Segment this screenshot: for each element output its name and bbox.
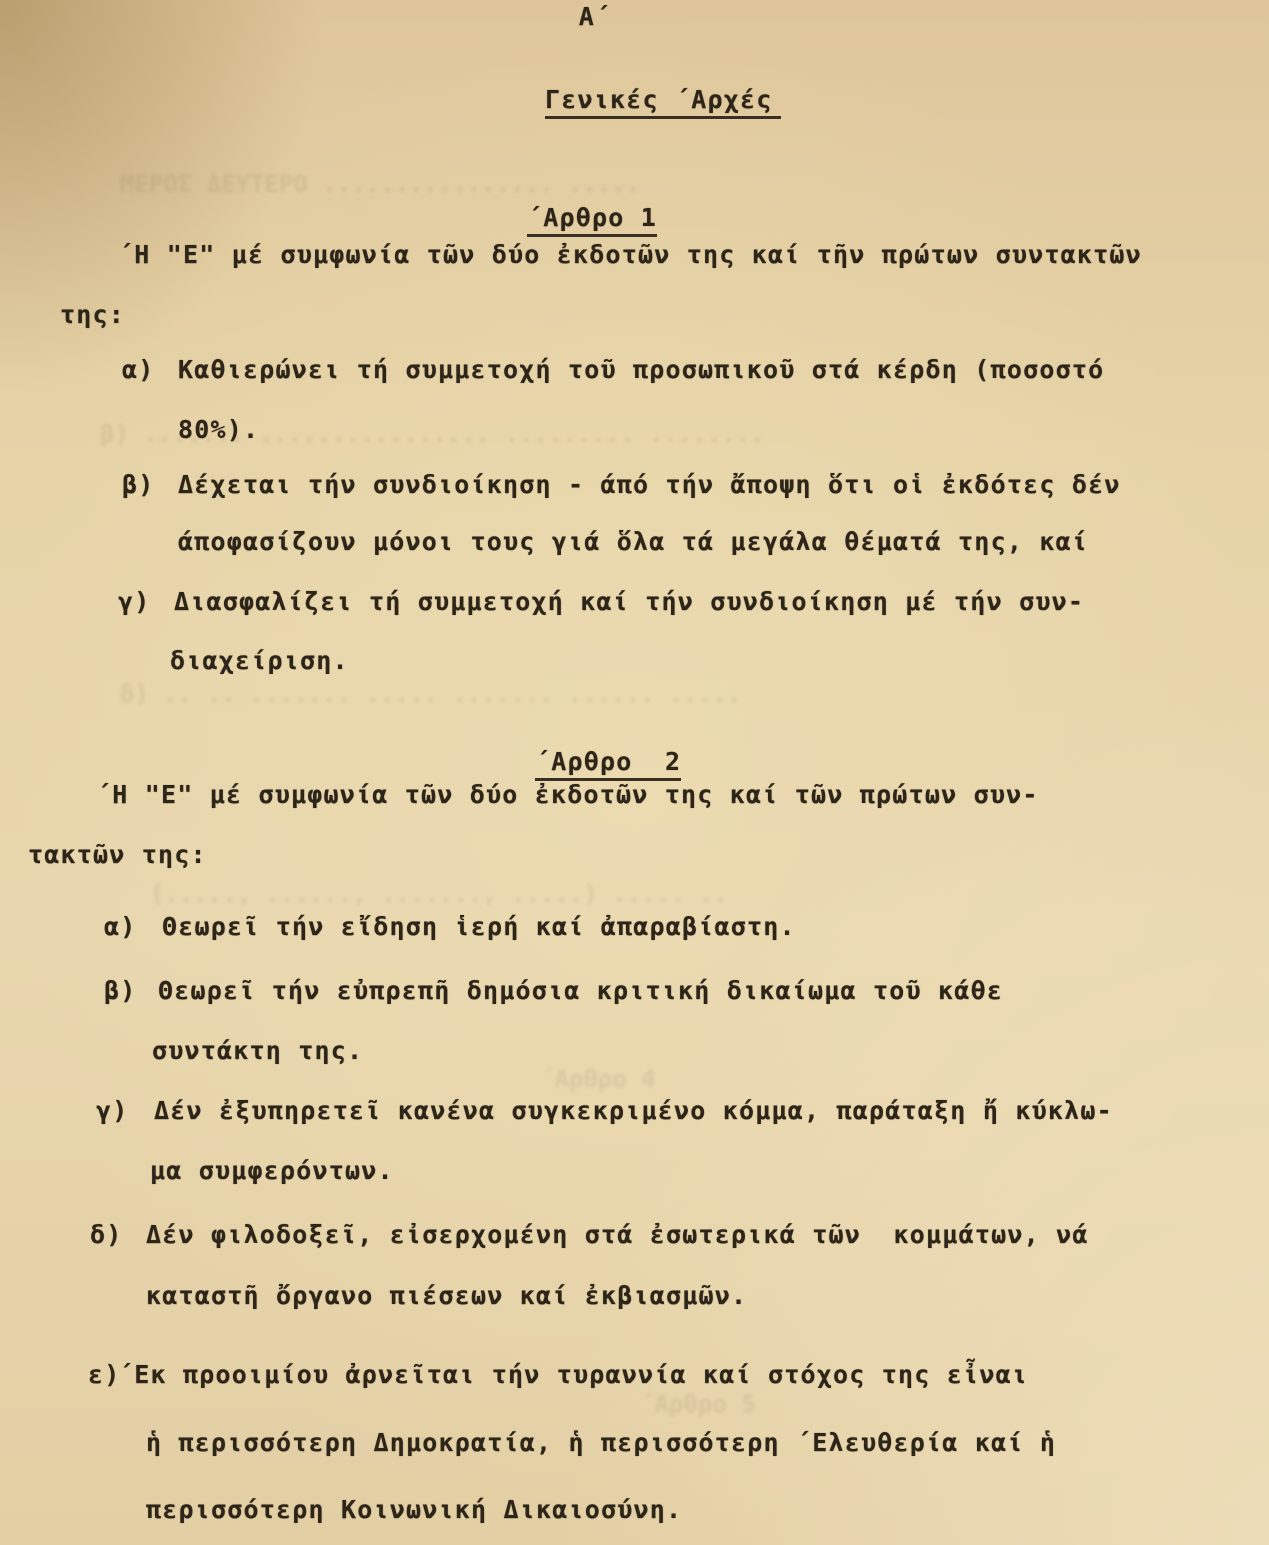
article-intro-line: ΄Η "Ε" μέ συμφωνία τῶν δύο ἐκδοτῶν της κ… [118, 240, 1142, 269]
list-item-marker: ε) [88, 1360, 121, 1389]
list-item-marker: α) [122, 355, 155, 384]
list-item-marker: δ) [90, 1220, 123, 1249]
list-item-line: περισσότερη Κοινωνική Δικαιοσύνη. [146, 1495, 682, 1524]
list-item-line: Δέν ἐξυπηρετεῖ κανένα συγκεκριμένο κόμμα… [154, 1096, 1113, 1125]
list-item-line: Δέν φιλοδοξεῖ, εἰσερχομένη στά ἐσωτερικά… [146, 1220, 1089, 1249]
list-item-line: 80%). [178, 415, 259, 444]
list-item-line: Θεωρεῖ τήν εὐπρεπῆ δημόσια κριτική δικαί… [158, 976, 1003, 1005]
list-item-line: Καθιερώνει τή συμμετοχή τοῦ προσωπικοῦ σ… [178, 355, 1104, 384]
section-title-text: Γενικές ΄Αρχές [545, 85, 781, 119]
list-item-line: ΄Εκ προοιμίου ἀρνεῖται τήν τυραννία καί … [118, 1360, 1028, 1389]
bleed-through-text: ΄Αρθρο 5 [640, 1390, 756, 1418]
article-intro-line: ΄Η "Ε" μέ συμφωνία τῶν δύο ἐκδοτῶν της κ… [96, 780, 1039, 809]
list-item-line: Διασφαλίζει τή συμμετοχή καί τήν συνδιοί… [174, 587, 1084, 616]
list-item-line: Θεωρεῖ τήν εἴδηση ἱερή καί ἀπαραβίαστη. [162, 912, 796, 941]
list-item-line: άποφασίζουν μόνοι τους γιά ὅλα τά μεγάλα… [178, 527, 1088, 556]
bleed-through-text: ΄Αρθρο 4 [540, 1065, 656, 1093]
list-item-line: συντάκτη της. [152, 1036, 363, 1065]
list-item-line: μα συμφερόντων. [150, 1156, 394, 1185]
list-item-marker: β) [122, 470, 155, 499]
section-letter: Α΄ [0, 2, 1190, 31]
list-item-line: ἡ περισσότερη Δημοκρατία, ἡ περισσότερη … [146, 1428, 1056, 1457]
article-intro-line: της: [60, 300, 125, 329]
list-item-marker: γ) [96, 1096, 129, 1125]
article-heading-text: ΄Αρθρο 1 [527, 203, 657, 237]
article-heading-text: ΄Αρθρο 2 [535, 747, 681, 781]
bleed-through-text: (....., ......, ......., .....) ..... .. [150, 880, 728, 908]
list-item-line: Δέχεται τήν συνδιοίκηση - άπό τήν ἄποψη … [178, 470, 1121, 499]
section-title: Γενικές ΄Αρχές [480, 56, 781, 143]
list-item-line: διαχείριση. [170, 646, 349, 675]
list-item-marker: α) [104, 912, 137, 941]
bleed-through-text: δ) .. .. ....... ..... ....... ...... ..… [120, 680, 741, 708]
article-intro-line: τακτῶν της: [28, 840, 207, 869]
list-item-line: καταστῆ ὄργανο πιέσεων καί ἐκβιασμῶν. [146, 1281, 747, 1310]
list-item-marker: γ) [118, 587, 151, 616]
typewritten-page: ΜΕΡΟΣ ΔΕΥΤΕΡΟ ................ ..... β) … [0, 0, 1269, 1545]
list-item-marker: β) [104, 976, 137, 1005]
